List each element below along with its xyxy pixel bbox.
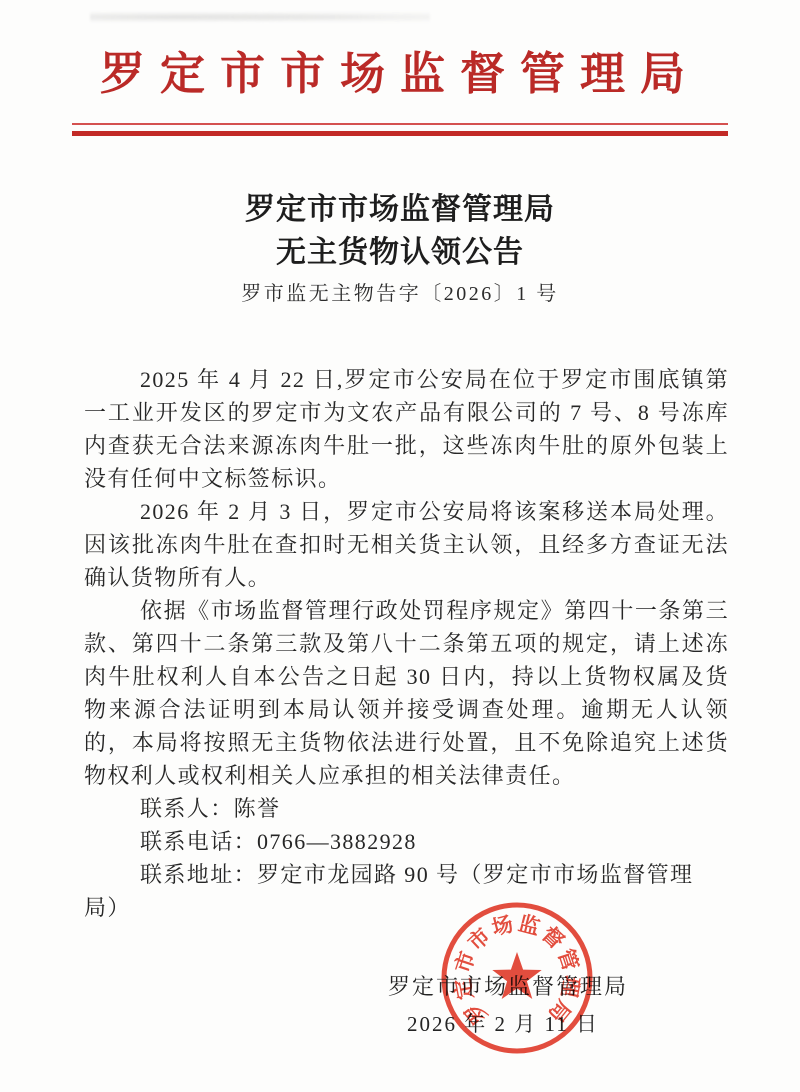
announcement-document: 罗定市市场监督管理局 罗定市市场监督管理局 无主货物认领公告 罗市监无主物告字〔…	[0, 0, 800, 1092]
official-seal: 罗定市市场监督管理局	[437, 898, 597, 1058]
document-body: 2025 年 4 月 22 日,罗定市公安局在位于罗定市围底镇第一工业开发区的罗…	[84, 363, 729, 924]
paragraph-claim-notice: 依据《市场监督管理行政处罚程序规定》第四十一条第三款、第四十二条第三款及第八十二…	[84, 594, 729, 792]
contact-phone: 联系电话：0766—3882928	[84, 825, 729, 858]
document-number: 罗市监无主物告字〔2026〕1 号	[0, 281, 800, 307]
divider-thick-line	[72, 131, 728, 136]
letterhead-agency-title: 罗定市市场监督管理局	[0, 44, 800, 104]
document-title: 罗定市市场监督管理局 无主货物认领公告	[0, 188, 800, 274]
contact-person: 联系人：陈誉	[84, 792, 729, 825]
seal-star-icon	[492, 952, 541, 999]
scan-artifact	[90, 10, 430, 24]
letterhead-divider	[72, 123, 728, 136]
paragraph-case-transfer: 2026 年 2 月 3 日，罗定市公安局将该案移送本局处理。因该批冻肉牛肚在查…	[84, 495, 729, 594]
document-title-line1: 罗定市市场监督管理局	[0, 188, 800, 231]
paragraph-seizure: 2025 年 4 月 22 日,罗定市公安局在位于罗定市围底镇第一工业开发区的罗…	[84, 363, 729, 495]
contact-address: 联系地址：罗定市龙园路 90 号（罗定市市场监督管理局）	[84, 858, 729, 924]
document-title-line2: 无主货物认领公告	[0, 231, 800, 274]
divider-thin-line	[72, 123, 728, 125]
